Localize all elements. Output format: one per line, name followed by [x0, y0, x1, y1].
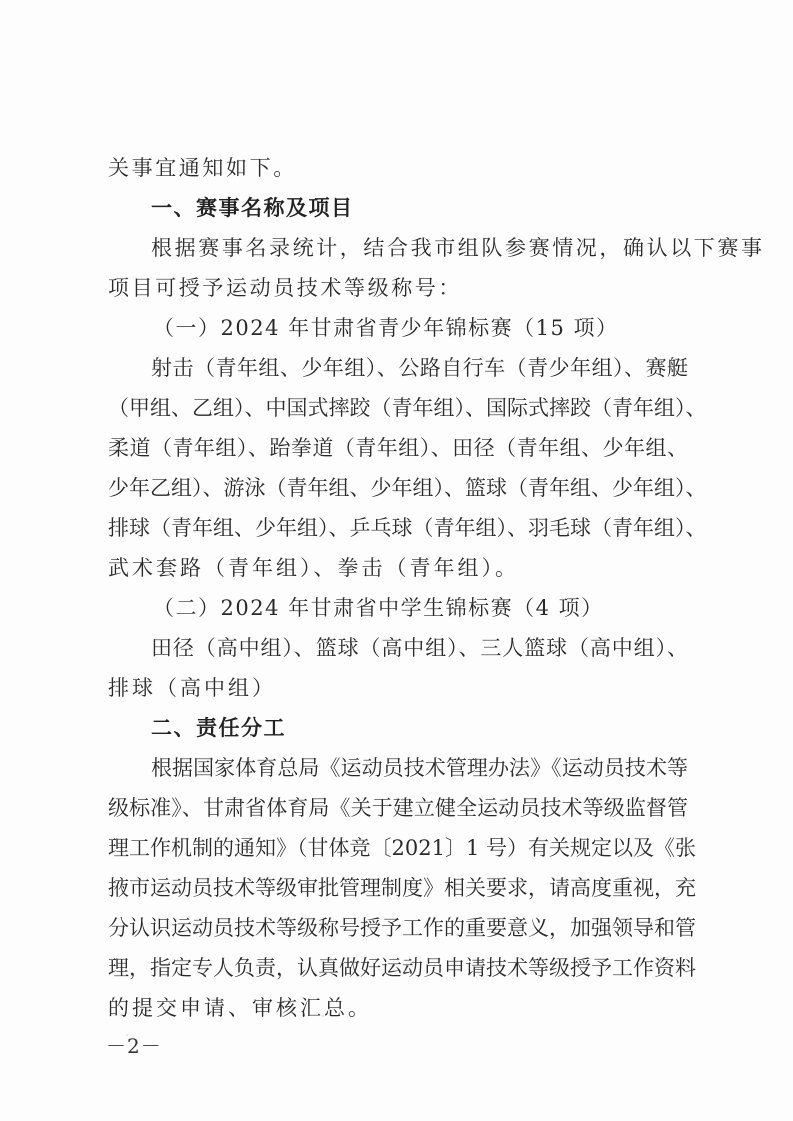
- section2-line-3: 理工作机制的通知》（甘体竞〔2021〕1 号）有关规定以及《张: [108, 833, 688, 863]
- section1-intro-line-1: 根据赛事名录统计，结合我市组队参赛情况，确认以下赛事: [151, 233, 688, 263]
- section2-line-4: 掖市运动员技术等级审批管理制度》相关要求，请高度重视，充: [108, 873, 688, 903]
- subsection1-line-2: （甲组、乙组）、中国式摔跤（青年组）、国际式摔跤（青年组）、: [108, 393, 688, 423]
- document-page: 关事宜通知如下。 一、赛事名称及项目 根据赛事名录统计，结合我市组队参赛情况，确…: [0, 0, 793, 1121]
- section1-heading: 一、赛事名称及项目: [151, 193, 731, 223]
- section2-line-5: 分认识运动员技术等级称号授予工作的重要意义，加强领导和管: [108, 913, 688, 943]
- subsection1-line-1: 射击（青年组、少年组）、公路自行车（青少年组）、赛艇: [151, 353, 688, 383]
- subsection2-line-2: 排球（高中组）: [108, 673, 688, 703]
- subsection1-line-6: 武术套路（青年组）、拳击（青年组）。: [108, 553, 688, 583]
- subsection2-line-1: 田径（高中组）、篮球（高中组）、三人篮球（高中组）、: [151, 633, 688, 663]
- scan-speck: [126, 1034, 128, 1036]
- section2-line-7: 的提交申请、审核汇总。: [108, 993, 688, 1023]
- subsection1-line-3: 柔道（青年组）、跆拳道（青年组）、田径（青年组、少年组、: [108, 433, 688, 463]
- section2-line-6: 理，指定专人负责，认真做好运动员申请技术等级授予工作资料: [108, 953, 688, 983]
- opening-fragment: 关事宜通知如下。: [108, 153, 688, 183]
- scan-speck: [322, 1015, 324, 1017]
- section2-line-1: 根据国家体育总局《运动员技术管理办法》《运动员技术等: [151, 753, 688, 783]
- subsection1-line-4: 少年乙组）、游泳（青年组、少年组）、篮球（青年组、少年组）、: [108, 473, 688, 503]
- section2-line-2: 级标准》、甘肃省体育局《关于建立健全运动员技术等级监督管: [108, 793, 688, 823]
- subsection1-line-5: 排球（青年组、少年组）、乒乓球（青年组）、羽毛球（青年组）、: [108, 513, 688, 543]
- subsection1-title: （一）2024 年甘肃省青少年锦标赛（15 项）: [153, 313, 733, 343]
- subsection2-title: （二）2024 年甘肃省中学生锦标赛（4 项）: [153, 593, 733, 623]
- section1-intro-line-2: 项目可授予运动员技术等级称号：: [108, 273, 688, 303]
- section2-heading: 二、责任分工: [151, 713, 731, 743]
- page-number: －2－: [106, 1030, 162, 1059]
